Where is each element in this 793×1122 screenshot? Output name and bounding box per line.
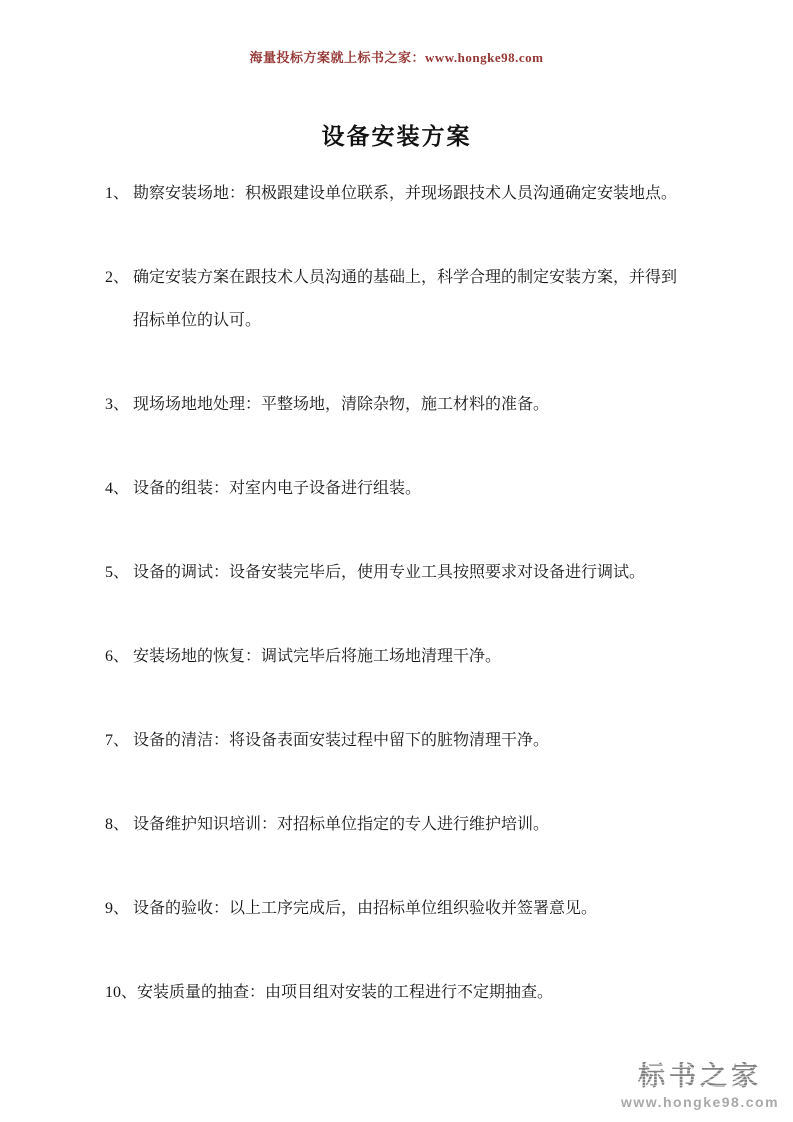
list-item-text: 现场场地地处理：平整场地，清除杂物，施工材料的准备。 [133,383,685,426]
list-item: 1、 勘察安装场地：积极跟建设单位联系，并现场跟技术人员沟通确定安装地点。 [105,172,687,215]
document-title: 设备安装方案 [0,118,793,151]
list-item: 5、 设备的调试：设备安装完毕后，使用专业工具按照要求对设备进行调试。 [105,551,687,594]
list-item: 4、 设备的组装：对室内电子设备进行组装。 [105,467,687,510]
list-item: 2、 确定安装方案在跟技术人员沟通的基础上，科学合理的制定安装方案，并得到招标单… [105,256,687,342]
list-item: 10、 安装质量的抽查：由项目组对安装的工程进行不定期抽查。 [105,971,687,1014]
list-item-number: 10、 [105,971,137,1014]
list-item-text: 安装质量的抽查：由项目组对安装的工程进行不定期抽查。 [137,971,687,1014]
list-item-text: 确定安装方案在跟技术人员沟通的基础上，科学合理的制定安装方案，并得到招标单位的认… [133,256,685,342]
list-item-number: 8、 [105,803,133,846]
list-item: 7、 设备的清洁：将设备表面安装过程中留下的脏物清理干净。 [105,719,687,762]
list-item: 6、 安装场地的恢复：调试完毕后将施工场地清理干净。 [105,635,687,678]
page-header-text: 海量投标方案就上标书之家：www.hongke98.com [0,47,793,66]
list-item-number: 9、 [105,887,133,930]
list-item-number: 1、 [105,172,133,215]
list-item-text: 设备的调试：设备安装完毕后，使用专业工具按照要求对设备进行调试。 [133,551,685,594]
list-item-number: 4、 [105,467,133,510]
list-item: 3、 现场场地地处理：平整场地，清除杂物，施工材料的准备。 [105,383,687,426]
list-item-text: 设备的清洁：将设备表面安装过程中留下的脏物清理干净。 [133,719,685,762]
list-item-text: 勘察安装场地：积极跟建设单位联系，并现场跟技术人员沟通确定安装地点。 [133,172,685,215]
site-watermark-logo: 标书之家 www.hongke98.com [615,1062,785,1110]
numbered-list: 1、 勘察安装场地：积极跟建设单位联系，并现场跟技术人员沟通确定安装地点。 2、… [105,172,687,1055]
watermark-url: www.hongke98.com [615,1094,785,1110]
list-item-text: 设备的验收：以上工序完成后，由招标单位组织验收并签署意见。 [133,887,685,930]
list-item-number: 3、 [105,383,133,426]
list-item-text: 设备维护知识培训：对招标单位指定的专人进行维护培训。 [133,803,685,846]
list-item: 9、 设备的验收：以上工序完成后，由招标单位组织验收并签署意见。 [105,887,687,930]
list-item-number: 7、 [105,719,133,762]
document-page: 海量投标方案就上标书之家：www.hongke98.com 设备安装方案 1、 … [0,0,793,1122]
list-item-number: 5、 [105,551,133,594]
watermark-title: 标书之家 [615,1062,785,1092]
list-item-number: 6、 [105,635,133,678]
list-item: 8、 设备维护知识培训：对招标单位指定的专人进行维护培训。 [105,803,687,846]
list-item-text: 安装场地的恢复：调试完毕后将施工场地清理干净。 [133,635,685,678]
list-item-number: 2、 [105,256,133,299]
list-item-text: 设备的组装：对室内电子设备进行组装。 [133,467,685,510]
